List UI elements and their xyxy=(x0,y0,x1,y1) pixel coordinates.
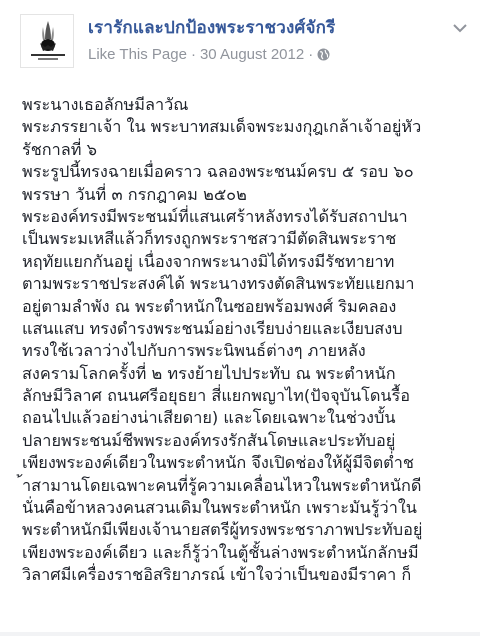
post-line: ปลายพระชนม์ชีพพระองค์ทรงรักสันโดษและประท… xyxy=(22,430,472,452)
post-line: แสนแสบ ทรงดำรงพระชนม์อย่างเรียบง่ายและเง… xyxy=(22,318,472,340)
post-line: ทรงใช้เวลาว่างไปกับการพระนิพนธ์ต่างๆ ภาย… xyxy=(22,340,472,362)
post-date[interactable]: 30 August 2012 xyxy=(200,46,304,63)
page-avatar[interactable] xyxy=(20,14,74,68)
chevron-down-icon[interactable] xyxy=(452,22,468,34)
post-line: ้าสามานโดยเฉพาะคนที่รู้ความเคลื่อนไหวในพ… xyxy=(22,475,472,497)
post-body: พระนางเธอลักษมีลาวัณ พระภรรยาเจ้า ใน พระ… xyxy=(22,94,472,587)
post-line: พรรษา วันที่ ๓ กรกฎาคม ๒๕๐๒ xyxy=(22,184,472,206)
post-line: เพียงพระองค์เดียว และก็รู้ว่าในตู้ชั้นล่… xyxy=(22,542,472,564)
post-header: เรารักและปกป้องพระราชวงศ์จักรี Like This… xyxy=(20,14,470,72)
page-name-link[interactable]: เรารักและปกป้องพระราชวงศ์จักรี xyxy=(88,14,336,41)
post-line: สงครามโลกครั้งที่ ๒ ทรงย้ายไปประทับ ณ พร… xyxy=(22,363,472,385)
separator: · xyxy=(191,46,196,63)
post-line: ลักษมีวิลาศ ถนนศรีอยุธยา สี่แยกพญาไท(ปัจ… xyxy=(22,385,472,407)
post-line: ตามพระราชประสงค์ได้ พระนางทรงตัดสินพระทั… xyxy=(22,273,472,295)
separator: · xyxy=(308,46,313,63)
post-line: เป็นพระมเหสีแล้วก็ทรงถูกพระราชสวามีตัดสิ… xyxy=(22,228,472,250)
post-line: นั่นคือข้าหลวงคนสวนเดิมในพระตำหนัก เพราะ… xyxy=(22,497,472,519)
facebook-post: เรารักและปกป้องพระราชวงศ์จักรี Like This… xyxy=(0,0,480,636)
post-line: เพียงพระองค์เดียวในพระตำหนัก จึงเปิดช่อง… xyxy=(22,452,472,474)
post-line: พระตำหนักมีเพียงเจ้านายสตรีผู้ทรงพระชราภ… xyxy=(22,519,472,541)
post-line: หฤทัยแยกกันอยู่ เนื่องจากพระนางมิได้ทรงม… xyxy=(22,251,472,273)
post-line: รัชกาลที่ ๖ xyxy=(22,139,472,161)
post-line: พระนางเธอลักษมีลาวัณ xyxy=(22,94,472,116)
divider xyxy=(0,632,480,636)
like-page-link[interactable]: Like This Page xyxy=(88,46,187,63)
post-line: วิลาศมีเครื่องราชอิสริยาภรณ์ เข้าใจว่าเป… xyxy=(22,564,472,586)
post-line: พระรูปนี้ทรงฉายเมื่อคราว ฉลองพระชนม์ครบ … xyxy=(22,161,472,183)
post-line: พระภรรยาเจ้า ใน พระบาทสมเด็จพระมงกุฎเกล้… xyxy=(22,116,472,138)
globe-icon[interactable] xyxy=(317,48,330,65)
post-line: ถอนไปแล้วอย่างน่าเสียดาย) และโดยเฉพาะในช… xyxy=(22,407,472,429)
post-line: พระองค์ทรงมีพระชนม์ที่แสนเศร้าหลังทรงได้… xyxy=(22,206,472,228)
royal-crest-logo-icon xyxy=(21,15,75,69)
post-line: อยู่ตามลำพัง ณ พระตำหนักในซอยพร้อมพงศ์ ร… xyxy=(22,296,472,318)
post-meta: Like This Page·30 August 2012· xyxy=(88,46,330,65)
